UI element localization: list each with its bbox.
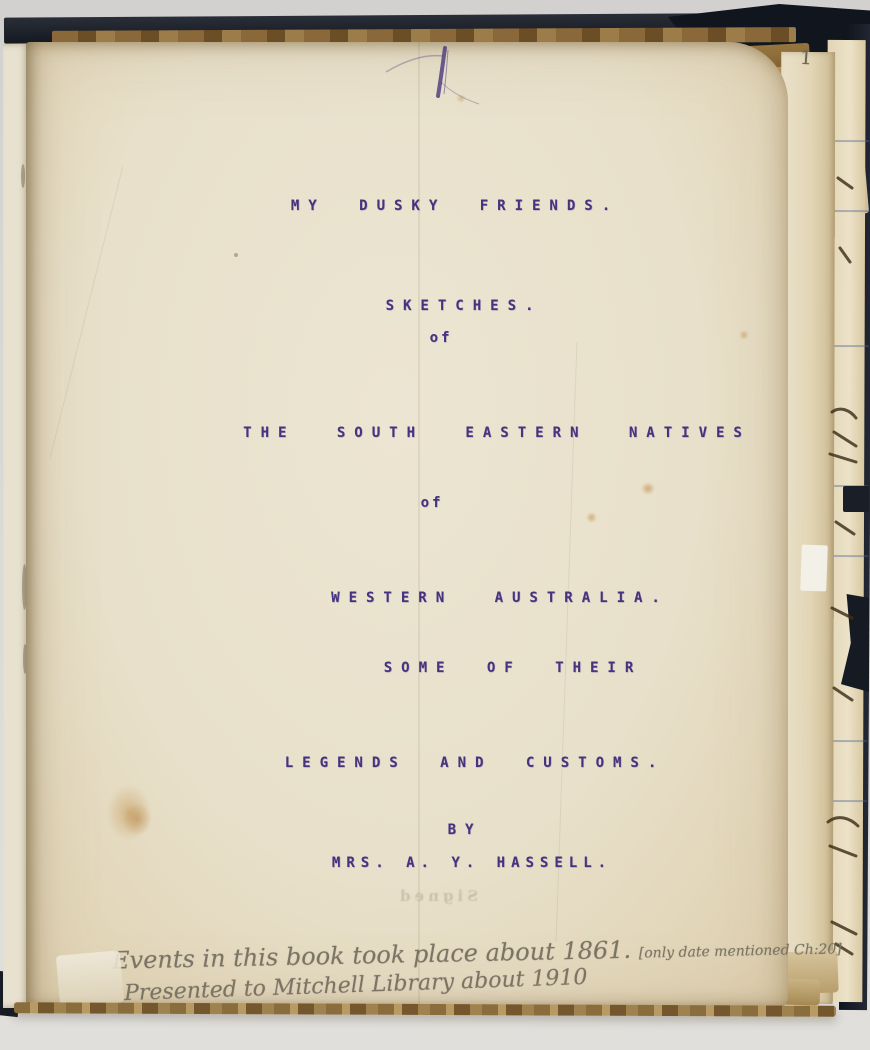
note-line1-bracket: [only date mentioned Ch:20]: [639, 941, 842, 961]
foxing-stain: [641, 482, 655, 495]
foxing-stain: [586, 512, 597, 523]
torn-paper-scrap: [56, 950, 124, 1007]
photographed-book-scene: MY DUSKY FRIENDS. SKETCHES. of THE SOUTH…: [0, 0, 870, 1050]
ink-flourish-mark: [381, 44, 491, 106]
subtitle-some-of-their: SOME OF THEIR: [384, 660, 643, 676]
connector-of-1: of: [430, 330, 453, 346]
byline-label: BY: [448, 822, 483, 838]
page-gutter-shadow: [26, 42, 42, 1010]
foxing-stain: [739, 330, 749, 340]
manuscript-title-page: MY DUSKY FRIENDS. SKETCHES. of THE SOUTH…: [26, 42, 788, 1010]
ruled-line: [829, 140, 869, 142]
gutter-smudge: [21, 164, 25, 188]
page-crease: [50, 166, 124, 457]
bleedthrough-stamp: Signed: [396, 887, 478, 905]
main-title: MY DUSKY FRIENDS.: [291, 198, 619, 214]
page-edge-ink-marks: [818, 160, 870, 960]
connector-of-2: of: [421, 495, 444, 511]
author-name: MRS. A. Y. HASSELL.: [332, 855, 612, 871]
ink-speck: [234, 253, 238, 257]
torn-page-bottom-edge: [14, 1002, 836, 1017]
page-number: 1: [799, 47, 813, 70]
subtitle-sketches: SKETCHES.: [386, 298, 543, 314]
subtitle-natives: THE SOUTH EASTERN NATIVES: [243, 425, 751, 441]
subtitle-legends: LEGENDS AND CUSTOMS.: [285, 755, 666, 771]
foxing-stain: [122, 802, 152, 836]
subtitle-australia: WESTERN AUSTRALIA.: [331, 590, 669, 606]
